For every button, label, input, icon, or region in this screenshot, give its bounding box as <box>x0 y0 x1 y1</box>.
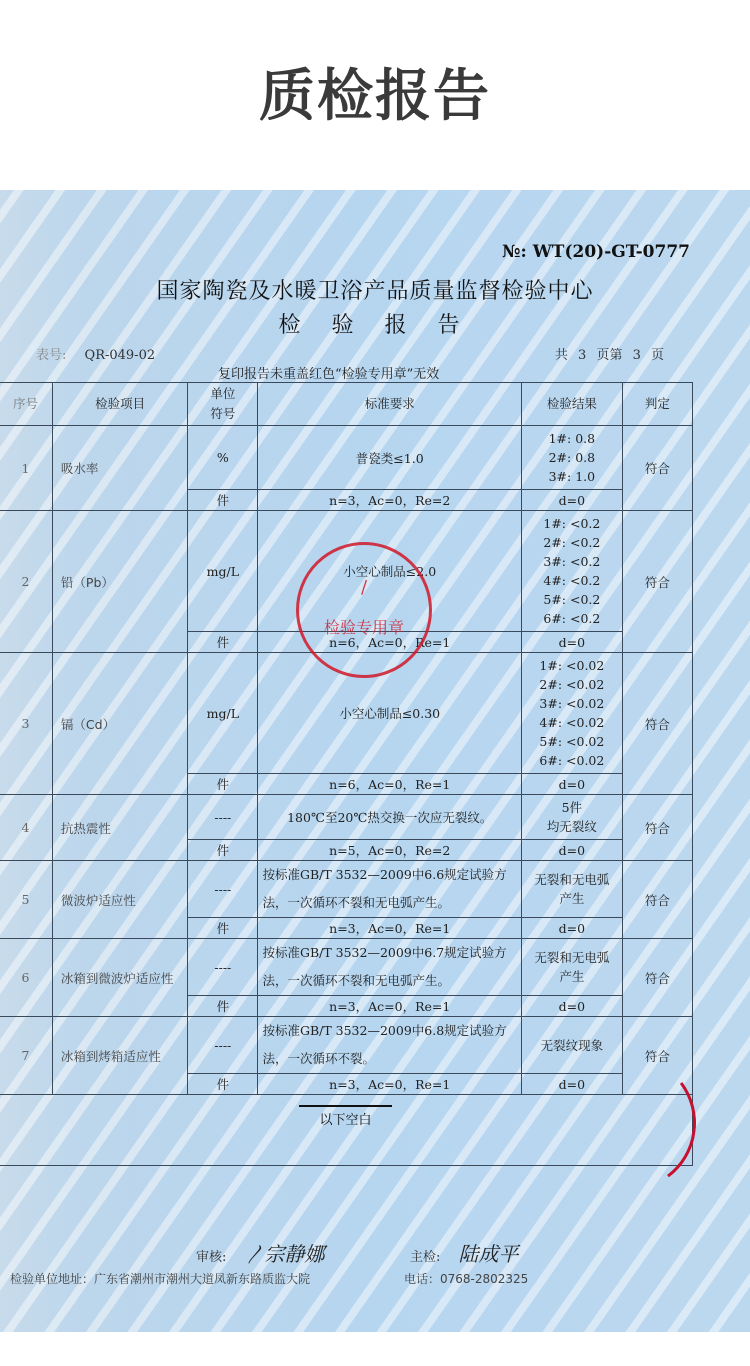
form-number-label: 表号: <box>36 348 66 363</box>
form-number-value: QR-049-02 <box>85 348 156 363</box>
sample-plan: n=3，Ac=0，Re=1 <box>258 918 522 939</box>
row-verdict: 符合 <box>622 795 692 861</box>
header-result: 检验结果 <box>522 383 623 426</box>
row-seq: 6 <box>0 939 52 1017</box>
sample-result: d=0 <box>522 996 623 1017</box>
inspector-signoff: 主检: 陆成平 <box>410 1238 519 1267</box>
sample-unit: 件 <box>188 774 258 795</box>
row-item: 吸水率 <box>52 426 187 511</box>
row-results: 5件均无裂纹 <box>522 795 623 840</box>
row-verdict: 符合 <box>622 939 692 1017</box>
row-unit: % <box>188 426 258 490</box>
row-requirement: 按标准GB/T 3532—2009中6.8规定试验方法，一次循环不裂。 <box>258 1017 522 1074</box>
table-header-row: 序号 检验项目 单位符号 标准要求 检验结果 判定 <box>0 383 693 426</box>
result-line: 3#: <0.02 <box>526 694 618 713</box>
organization-title: 国家陶瓷及水暖卫浴产品质量监督检验中心 <box>0 274 750 305</box>
result-line: 4#: <0.02 <box>526 713 618 732</box>
row-results: 无裂和无电弧产生 <box>522 939 623 996</box>
result-line: 产生 <box>526 967 618 986</box>
result-line: 5#: <0.2 <box>526 590 618 609</box>
result-line: 产生 <box>526 889 618 908</box>
row-seq: 5 <box>0 861 52 939</box>
row-seq: 2 <box>0 511 52 653</box>
blank-marker: 以下空白 <box>299 1105 391 1128</box>
row-seq: 1 <box>0 426 52 511</box>
row-seq: 4 <box>0 795 52 861</box>
row-unit: ---- <box>188 861 258 918</box>
row-requirement: 按标准GB/T 3532—2009中6.7规定试验方法，一次循环不裂和无电弧产生… <box>258 939 522 996</box>
row-seq: 3 <box>0 653 52 795</box>
row-requirement: 按标准GB/T 3532—2009中6.6规定试验方法，一次循环不裂和无电弧产生… <box>258 861 522 918</box>
row-requirement: 180℃至20℃热交换一次应无裂纹。 <box>258 795 522 840</box>
lab-address: 检验单位地址：广东省潮州市潮州大道凤新东路质监大院 <box>10 1270 310 1287</box>
header-unit-text: 单位符号 <box>208 384 238 424</box>
inspection-report-sheet: №: WT(20)-GT-0777 国家陶瓷及水暖卫浴产品质量监督检验中心 检 … <box>0 190 750 1332</box>
table-row: 3镉（Cd）mg/L小空心制品≤0.301#: <0.022#: <0.023#… <box>0 653 693 774</box>
document-title: 检 验 报 告 <box>0 308 750 339</box>
result-line: 1#: 0.8 <box>526 429 618 448</box>
row-seq: 7 <box>0 1017 52 1095</box>
table-row: 6冰箱到微波炉适应性----按标准GB/T 3532—2009中6.7规定试验方… <box>0 939 693 996</box>
result-line: 均无裂纹 <box>526 817 618 836</box>
row-item: 铅（Pb） <box>52 511 187 653</box>
header-seq: 序号 <box>0 383 52 426</box>
result-line: 2#: <0.02 <box>526 675 618 694</box>
row-verdict: 符合 <box>622 511 692 653</box>
row-results: 无裂和无电弧产生 <box>522 861 623 918</box>
result-line: 无裂纹现象 <box>526 1036 618 1055</box>
copy-notice: 复印报告未重盖红色“检验专用章”无效 <box>218 363 439 382</box>
sample-unit: 件 <box>188 632 258 653</box>
inspector-label: 主检: <box>410 1250 440 1265</box>
row-results: 无裂纹现象 <box>522 1017 623 1074</box>
sample-unit: 件 <box>188 996 258 1017</box>
row-verdict: 符合 <box>622 653 692 795</box>
result-line: 6#: <0.02 <box>526 751 618 770</box>
sample-unit: 件 <box>188 1074 258 1095</box>
page-heading: 质检报告 <box>0 52 750 132</box>
row-unit: mg/L <box>188 653 258 774</box>
row-unit: mg/L <box>188 511 258 632</box>
row-item: 冰箱到微波炉适应性 <box>52 939 187 1017</box>
sample-plan: n=3，Ac=0，Re=1 <box>258 996 522 1017</box>
reviewer-signature: 〳宗静娜 <box>245 1242 325 1266</box>
table-row: 7冰箱到烤箱适应性----按标准GB/T 3532—2009中6.8规定试验方法… <box>0 1017 693 1074</box>
row-unit: ---- <box>188 795 258 840</box>
table-row: 2铅（Pb）mg/L小空心制品≤2.01#: <0.22#: <0.23#: <… <box>0 511 693 632</box>
form-number: 表号: QR-049-02 <box>36 344 155 363</box>
row-results: 1#: <0.22#: <0.23#: <0.24#: <0.25#: <0.2… <box>522 511 623 632</box>
sample-unit: 件 <box>188 490 258 511</box>
result-line: 5件 <box>526 798 618 817</box>
inspection-results-table: 序号 检验项目 单位符号 标准要求 检验结果 判定 1吸水率%普瓷类≤1.01#… <box>0 382 693 1166</box>
page-count: 共 3 页第 3 页 <box>555 344 664 363</box>
row-item: 微波炉适应性 <box>52 861 187 939</box>
table-row: 1吸水率%普瓷类≤1.01#: 0.82#: 0.83#: 1.0符合 <box>0 426 693 490</box>
result-line: 无裂和无电弧 <box>526 870 618 889</box>
table-row: 5微波炉适应性----按标准GB/T 3532—2009中6.6规定试验方法，一… <box>0 861 693 918</box>
result-line: 2#: <0.2 <box>526 533 618 552</box>
row-item: 冰箱到烤箱适应性 <box>52 1017 187 1095</box>
row-results: 1#: 0.82#: 0.83#: 1.0 <box>522 426 623 490</box>
inspector-signature: 陆成平 <box>459 1242 519 1266</box>
lab-phone: 电话：0768-2802325 <box>404 1270 528 1287</box>
sample-plan: n=3，Ac=0，Re=1 <box>258 1074 522 1095</box>
sample-plan: n=6，Ac=0，Re=1 <box>258 632 522 653</box>
sample-result: d=0 <box>522 632 623 653</box>
table-row: 4抗热震性----180℃至20℃热交换一次应无裂纹。5件均无裂纹符合 <box>0 795 693 840</box>
sample-plan: n=3，Ac=0，Re=2 <box>258 490 522 511</box>
row-unit: ---- <box>188 1017 258 1074</box>
sample-result: d=0 <box>522 918 623 939</box>
sample-plan: n=6，Ac=0，Re=1 <box>258 774 522 795</box>
row-unit: ---- <box>188 939 258 996</box>
reviewer-signoff: 审核: 〳宗静娜 <box>196 1238 325 1267</box>
result-line: 5#: <0.02 <box>526 732 618 751</box>
row-verdict: 符合 <box>622 861 692 939</box>
sample-plan: n=5，Ac=0，Re=2 <box>258 840 522 861</box>
row-results: 1#: <0.022#: <0.023#: <0.024#: <0.025#: … <box>522 653 623 774</box>
sample-result: d=0 <box>522 1074 623 1095</box>
result-line: 无裂和无电弧 <box>526 948 618 967</box>
result-line: 1#: <0.02 <box>526 656 618 675</box>
header-verdict: 判定 <box>622 383 692 426</box>
row-item: 抗热震性 <box>52 795 187 861</box>
page-header: 质检报告 <box>0 0 750 190</box>
row-requirement: 小空心制品≤0.30 <box>258 653 522 774</box>
result-line: 1#: <0.2 <box>526 514 618 533</box>
sample-result: d=0 <box>522 840 623 861</box>
header-requirement: 标准要求 <box>258 383 522 426</box>
sample-unit: 件 <box>188 840 258 861</box>
blank-area: 以下空白 <box>0 1095 693 1166</box>
row-requirement: 普瓷类≤1.0 <box>258 426 522 490</box>
row-verdict: 符合 <box>622 426 692 511</box>
result-line: 6#: <0.2 <box>526 609 618 628</box>
report-number: №: WT(20)-GT-0777 <box>502 242 690 262</box>
result-line: 4#: <0.2 <box>526 571 618 590</box>
header-unit: 单位符号 <box>188 383 258 426</box>
row-item: 镉（Cd） <box>52 653 187 795</box>
row-requirement: 小空心制品≤2.0 <box>258 511 522 632</box>
blank-row: 以下空白 <box>0 1095 693 1166</box>
result-line: 2#: 0.8 <box>526 448 618 467</box>
sample-unit: 件 <box>188 918 258 939</box>
result-line: 3#: <0.2 <box>526 552 618 571</box>
sample-result: d=0 <box>522 490 623 511</box>
sample-result: d=0 <box>522 774 623 795</box>
reviewer-label: 审核: <box>196 1250 226 1265</box>
result-line: 3#: 1.0 <box>526 467 618 486</box>
header-item: 检验项目 <box>52 383 187 426</box>
row-verdict: 符合 <box>622 1017 692 1095</box>
